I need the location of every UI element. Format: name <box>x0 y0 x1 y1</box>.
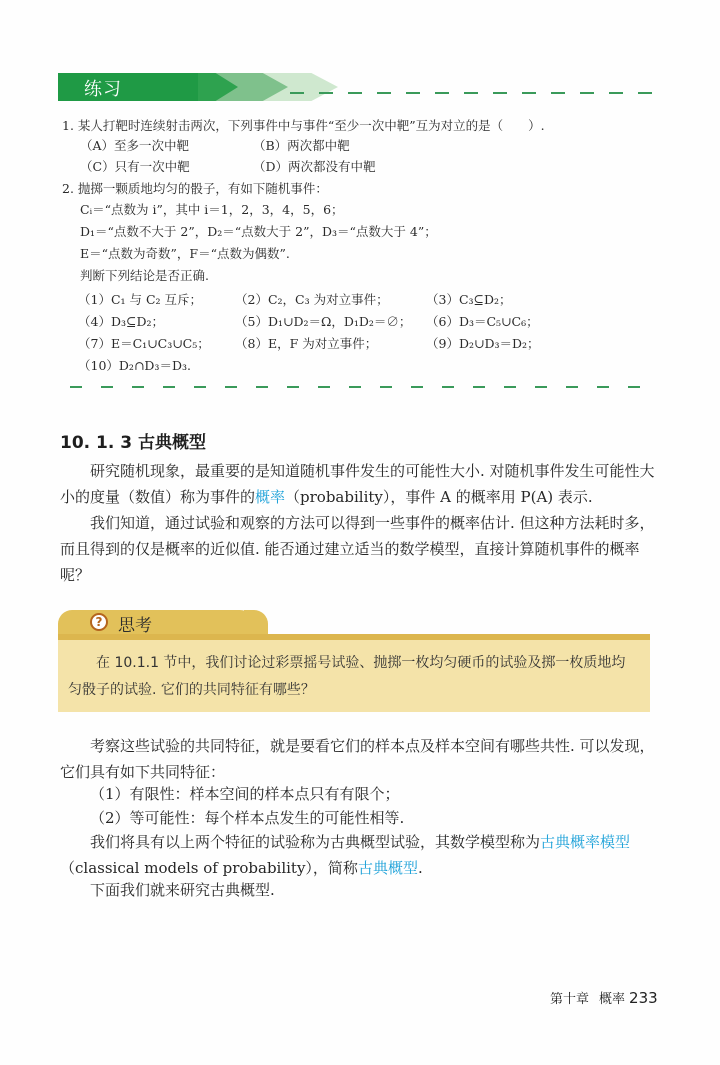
q1-option-d: （D）两次都没有中靶 <box>253 159 376 175</box>
dashed-divider-bottom <box>60 386 653 388</box>
q2-item-3: （3）C₃⊆D₂； <box>426 292 512 308</box>
paragraph-common-features: 考察这些试验的共同特征，就是要看它们的样本点及样本空间有哪些共性. 可以发现，它… <box>60 733 660 785</box>
paragraph-text: （probability），事件 A 的概率用 P(A) 表示. <box>285 488 593 506</box>
question-circle-icon: ? <box>90 613 108 631</box>
banner-block <box>58 73 198 101</box>
chapter-label: 第十章 <box>550 992 589 1007</box>
q2-definition-d: D₁＝“点数不大于 2”，D₂＝“点数大于 2”，D₃＝“点数大于 4”； <box>80 224 437 240</box>
page-footer: 第十章概率233 <box>550 988 658 1007</box>
feature-text: （2）等可能性：每个样本点发生的可能性相等. <box>90 809 404 827</box>
q2-item-1: （1）C₁ 与 C₂ 互斥； <box>78 292 202 308</box>
q2-instruction: 判断下列结论是否正确. <box>80 268 209 284</box>
paragraph-text: 我们将具有以上两个特征的试验称为古典概型试验，其数学模型称为 <box>90 833 540 851</box>
term-probability: 概率 <box>255 488 285 506</box>
paragraph-definition: 研究随机现象，最重要的是知道随机事件发生的可能性大小. 对随机事件发生可能性大小… <box>60 458 660 510</box>
q2-definition-c: Cᵢ＝“点数为 i”，其中 i＝1，2，3，4，5，6； <box>80 202 344 218</box>
q1-option-c: （C）只有一次中靶 <box>80 159 190 175</box>
feature-finiteness: （1）有限性：样本空间的样本点只有有限个； <box>60 781 660 807</box>
feature-text: （1）有限性：样本空间的样本点只有有限个； <box>90 785 400 803</box>
think-box: ? 思考 在 10.1.1 节中，我们讨论过彩票摇号试验、抛掷一枚均匀硬币的试验… <box>58 610 650 712</box>
term-classical-model: 古典概型 <box>358 859 418 877</box>
q1-option-b: （B）两次都中靶 <box>253 138 350 154</box>
q2-item-5: （5）D₁∪D₂＝Ω，D₁D₂＝∅； <box>235 314 411 330</box>
q2-item-7: （7）E＝C₁∪C₃∪C₅； <box>78 336 210 352</box>
q2-item-6: （6）D₃＝C₅∪C₆； <box>426 314 539 330</box>
section-heading: 10. 1. 3 古典概型 <box>60 428 206 453</box>
feature-equal-likelihood: （2）等可能性：每个样本点发生的可能性相等. <box>60 805 660 831</box>
chapter-title: 概率 <box>599 992 625 1007</box>
paragraph-classical-model: 我们将具有以上两个特征的试验称为古典概型试验，其数学模型称为古典概率模型（cla… <box>60 829 660 881</box>
think-text: 在 10.1.1 节中，我们讨论过彩票摇号试验、抛掷一枚均匀硬币的试验及掷一枚质… <box>68 650 638 704</box>
exercise-banner: 练习 <box>58 73 658 101</box>
think-question: 在 10.1.1 节中，我们讨论过彩票摇号试验、抛掷一枚均匀硬币的试验及掷一枚质… <box>68 655 625 698</box>
dashed-divider-top <box>290 92 652 94</box>
question-2-stem: 2. 抛掷一颗质地均匀的骰子，有如下随机事件： <box>62 181 328 197</box>
q2-definition-ef: E＝“点数为奇数”，F＝“点数为偶数”. <box>80 246 290 262</box>
textbook-page: 练习 1. 某人打靶时连续射击两次，下列事件中与事件“至少一次中靶”互为对立的是… <box>0 0 720 1065</box>
q1-option-a: （A）至多一次中靶 <box>80 138 189 154</box>
paragraph-text: . <box>418 859 423 877</box>
q2-item-8: （8）E，F 为对立事件； <box>235 336 377 352</box>
paragraph-text: 考察这些试验的共同特征，就是要看它们的样本点及样本空间有哪些共性. 可以发现，它… <box>60 737 655 781</box>
paragraph-text: （classical models of probability），简称 <box>60 859 358 877</box>
q2-item-2: （2）C₂，C₃ 为对立事件； <box>235 292 389 308</box>
question-1-stem: 1. 某人打靶时连续射击两次，下列事件中与事件“至少一次中靶”互为对立的是（ ）… <box>62 118 545 134</box>
page-number: 233 <box>629 989 658 1007</box>
q2-item-4: （4）D₃⊆D₂； <box>78 314 164 330</box>
think-title: 思考 <box>118 611 152 636</box>
paragraph-next: 下面我们就来研究古典概型. <box>60 877 660 903</box>
paragraph-text: 下面我们就来研究古典概型. <box>90 881 275 899</box>
q2-item-9: （9）D₂∪D₃＝D₂； <box>426 336 540 352</box>
paragraph-text: 我们知道，通过试验和观察的方法可以得到一些事件的概率估计. 但这种方法耗时多，而… <box>60 514 655 584</box>
term-classical-probability-model: 古典概率模型 <box>540 833 630 851</box>
exercise-title: 练习 <box>84 75 122 101</box>
q2-item-10: （10）D₂∩D₃＝D₃. <box>78 358 191 374</box>
paragraph-estimation: 我们知道，通过试验和观察的方法可以得到一些事件的概率估计. 但这种方法耗时多，而… <box>60 510 660 588</box>
think-tab <box>58 610 254 636</box>
